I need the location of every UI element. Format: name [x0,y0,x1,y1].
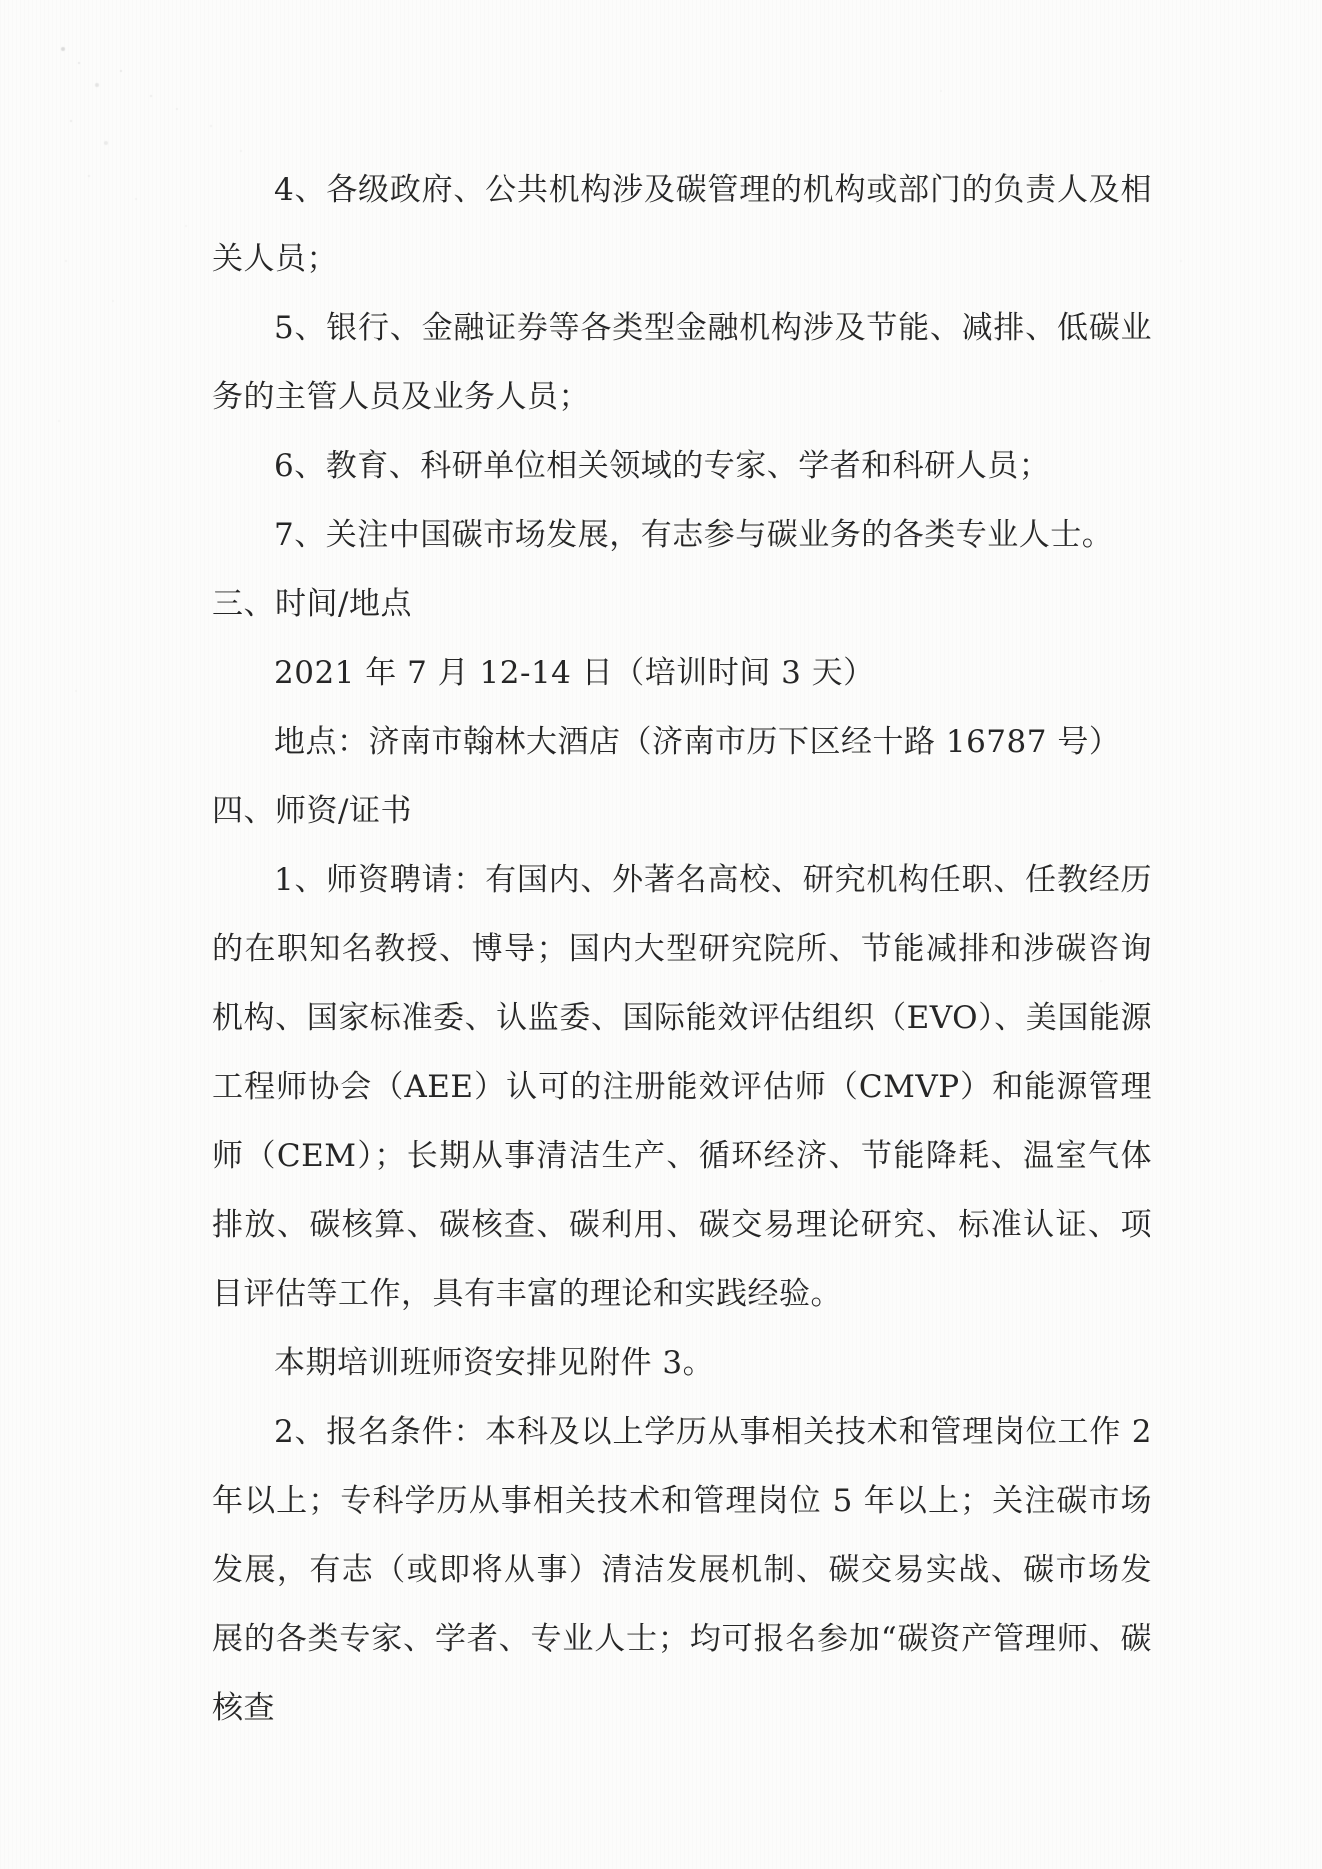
section-heading-faculty-certificate: 四、师资/证书 [212,777,1152,846]
list-item-5-financial-institutions: 5、银行、金融证券等各类型金融机构涉及节能、减排、低碳业务的主管人员及业务人员； [212,294,1152,432]
body-enrollment-requirements: 2、报名条件：本科及以上学历从事相关技术和管理岗位工作 2 年以上；专科学历从事… [212,1398,1152,1743]
section-heading-time-location: 三、时间/地点 [212,570,1152,639]
scan-noise-speckles [0,0,2,2]
body-venue-address: 地点：济南市翰林大酒店（济南市历下区经十路 16787 号） [212,708,1152,777]
list-item-4-government-personnel: 4、各级政府、公共机构涉及碳管理的机构或部门的负责人及相关人员； [212,156,1152,294]
body-faculty-attachment-note: 本期培训班师资安排见附件 3。 [212,1329,1152,1398]
body-training-dates: 2021 年 7 月 12-14 日（培训时间 3 天） [212,639,1152,708]
list-item-6-education-research: 6、教育、科研单位相关领域的专家、学者和科研人员； [212,432,1152,501]
document-body: 4、各级政府、公共机构涉及碳管理的机构或部门的负责人及相关人员；5、银行、金融证… [212,156,1152,1743]
body-faculty-description: 1、师资聘请：有国内、外著名高校、研究机构任职、任教经历的在职知名教授、博导；国… [212,846,1152,1329]
list-item-7-carbon-market-professionals: 7、关注中国碳市场发展，有志参与碳业务的各类专业人士。 [212,501,1152,570]
